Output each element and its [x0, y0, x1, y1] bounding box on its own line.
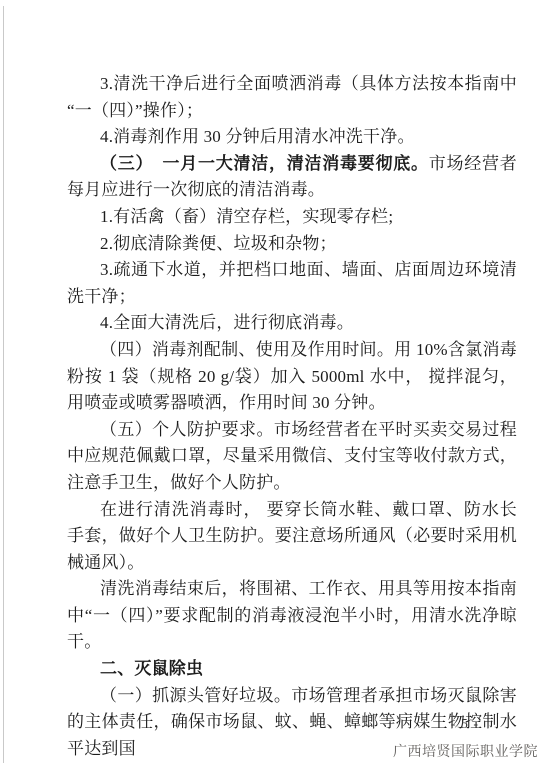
paragraph-text: （五）个人防护要求。市场经营者在平时买卖交易过程中应规范佩戴口罩，尽量采用微信、…	[67, 420, 517, 492]
paragraph-text: 清洗消毒结束后，将围裙、工作衣、用具等用按本指南中“一（四）”要求配制的消毒液浸…	[67, 579, 517, 651]
paragraph-bold-lead: 二、灭鼠除虫	[100, 659, 203, 678]
paragraph-text: 4.全面大清洗后，进行彻底消毒。	[100, 313, 354, 332]
paragraph: 3.疏通下水道，并把档口地面、墙面、店面周边环境清洗干净；	[67, 257, 517, 310]
paragraph-text: 3.疏通下水道，并把档口地面、墙面、店面周边环境清洗干净；	[67, 260, 517, 306]
document-page: 3.清洗干净后进行全面喷洒消毒（具体方法按本指南中“一（四）”操作）； 4.消毒…	[0, 0, 547, 769]
paragraph: 1.有活禽（畜）清空存栏，实现零存栏;	[67, 204, 517, 231]
paragraph: 4.全面大清洗后，进行彻底消毒。	[67, 310, 517, 337]
paragraph-bold-lead: （三） 一月一大清洁，清洁消毒要彻底。	[100, 154, 429, 173]
document-body: 3.清洗干净后进行全面喷洒消毒（具体方法按本指南中“一（四）”操作）； 4.消毒…	[67, 71, 517, 762]
paragraph-text: 4.消毒剂作用 30 分钟后用清水冲洗干净。	[100, 127, 415, 146]
paragraph-chapter-heading: 二、灭鼠除虫	[67, 656, 517, 683]
scan-edge-line	[3, 6, 4, 763]
paragraph-text: （四）消毒剂配制、使用及作用时间。用 10%含氯消毒粉按 1 袋（规格 20 g…	[67, 340, 517, 412]
paragraph-text: 在进行清洗消毒时， 要穿长筒水鞋、戴口罩、防水长手套，做好个人卫生防护。要注意场…	[67, 500, 517, 572]
paragraph: （五）个人防护要求。市场经营者在平时买卖交易过程中应规范佩戴口罩，尽量采用微信、…	[67, 417, 517, 497]
paragraph-text: 2.彻底清除粪便、垃圾和杂物；	[100, 234, 337, 253]
paragraph-text: 3.清洗干净后进行全面喷洒消毒（具体方法按本指南中“一（四）”操作）；	[67, 74, 517, 120]
paragraph: 3.清洗干净后进行全面喷洒消毒（具体方法按本指南中“一（四）”操作）；	[67, 71, 517, 124]
paragraph: 4.消毒剂作用 30 分钟后用清水冲洗干净。	[67, 124, 517, 151]
page-number: - 5 -	[451, 717, 479, 733]
paragraph: 清洗消毒结束后，将围裙、工作衣、用具等用按本指南中“一（四）”要求配制的消毒液浸…	[67, 576, 517, 656]
paragraph: 2.彻底清除粪便、垃圾和杂物；	[67, 231, 517, 258]
paragraph-text: 1.有活禽（畜）清空存栏，实现零存栏;	[100, 207, 393, 226]
footer-watermark: 广西培贤国际职业学院	[393, 741, 538, 761]
paragraph: （四）消毒剂配制、使用及作用时间。用 10%含氯消毒粉按 1 袋（规格 20 g…	[67, 337, 517, 417]
paragraph-section-heading: （三） 一月一大清洁，清洁消毒要彻底。市场经营者每月应进行一次彻底的清洁消毒。	[67, 151, 517, 204]
paragraph: 在进行清洗消毒时， 要穿长筒水鞋、戴口罩、防水长手套，做好个人卫生防护。要注意场…	[67, 497, 517, 577]
